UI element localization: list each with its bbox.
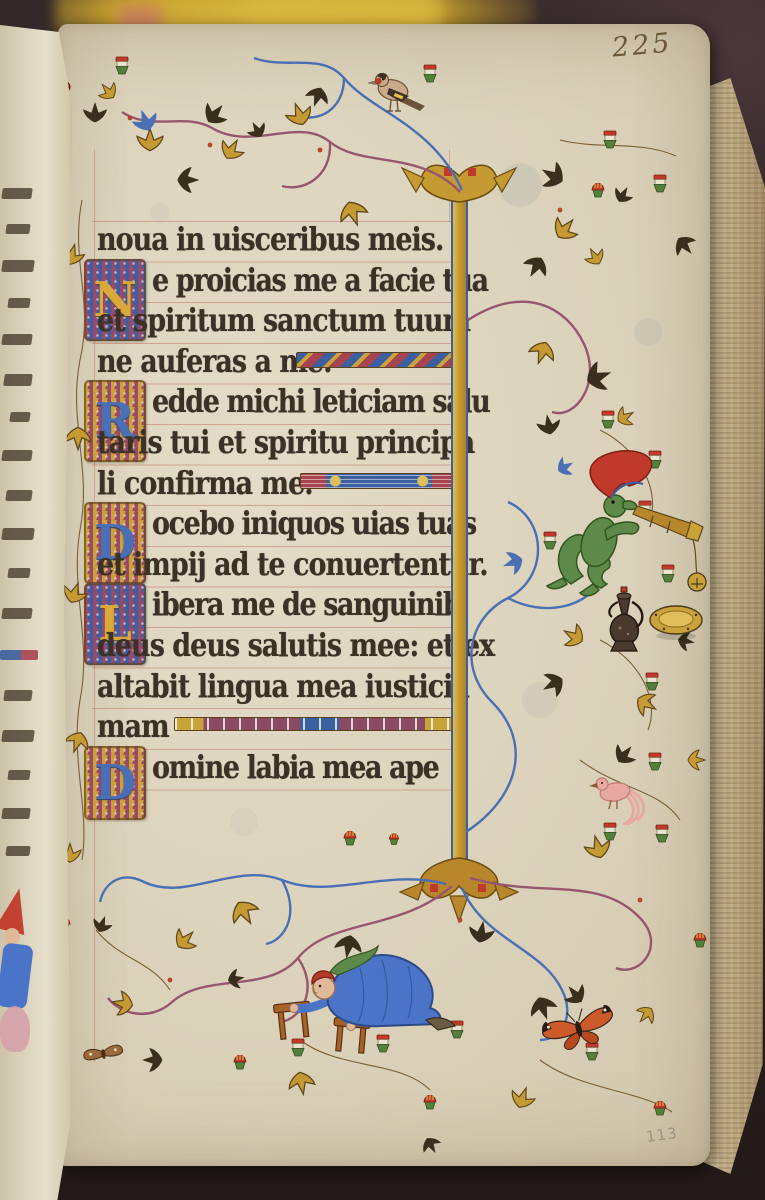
text-line: ibera me de sanguinib; — [152, 586, 469, 625]
text-line: noua in uisceribus meis. — [97, 221, 443, 260]
text-line: taris tui et spiritu principa — [97, 424, 474, 463]
text-line: mam — [97, 708, 169, 747]
pink-garment — [0, 1006, 30, 1052]
line-filler-disc-bar — [300, 473, 458, 489]
text-line: et impij ad te conuertentur. — [97, 546, 488, 585]
text-line: li confirma me. — [97, 465, 313, 504]
text-line: ocebo iniquos uias tuas — [152, 505, 476, 544]
text-line: edde michi leticiam salu — [152, 383, 489, 422]
manuscript-photo: 225 113 N R D L D noua in uisceribus mei… — [0, 0, 765, 1200]
text-line: omine labia mea ape — [152, 749, 438, 788]
text-line: e proicias me a facie tua — [152, 262, 488, 301]
illuminated-initial-D2: D — [84, 746, 146, 820]
text-line: et spiritum sanctum tuum — [97, 302, 470, 341]
text-line: deus deus salutis mee: et ex — [97, 627, 494, 666]
text-line: altabit lingua mea iusticiā — [97, 668, 469, 707]
line-filler-arrow-bar — [174, 717, 460, 731]
line-filler-chevron-bar — [296, 352, 458, 368]
folio-number: 225 — [611, 27, 674, 63]
